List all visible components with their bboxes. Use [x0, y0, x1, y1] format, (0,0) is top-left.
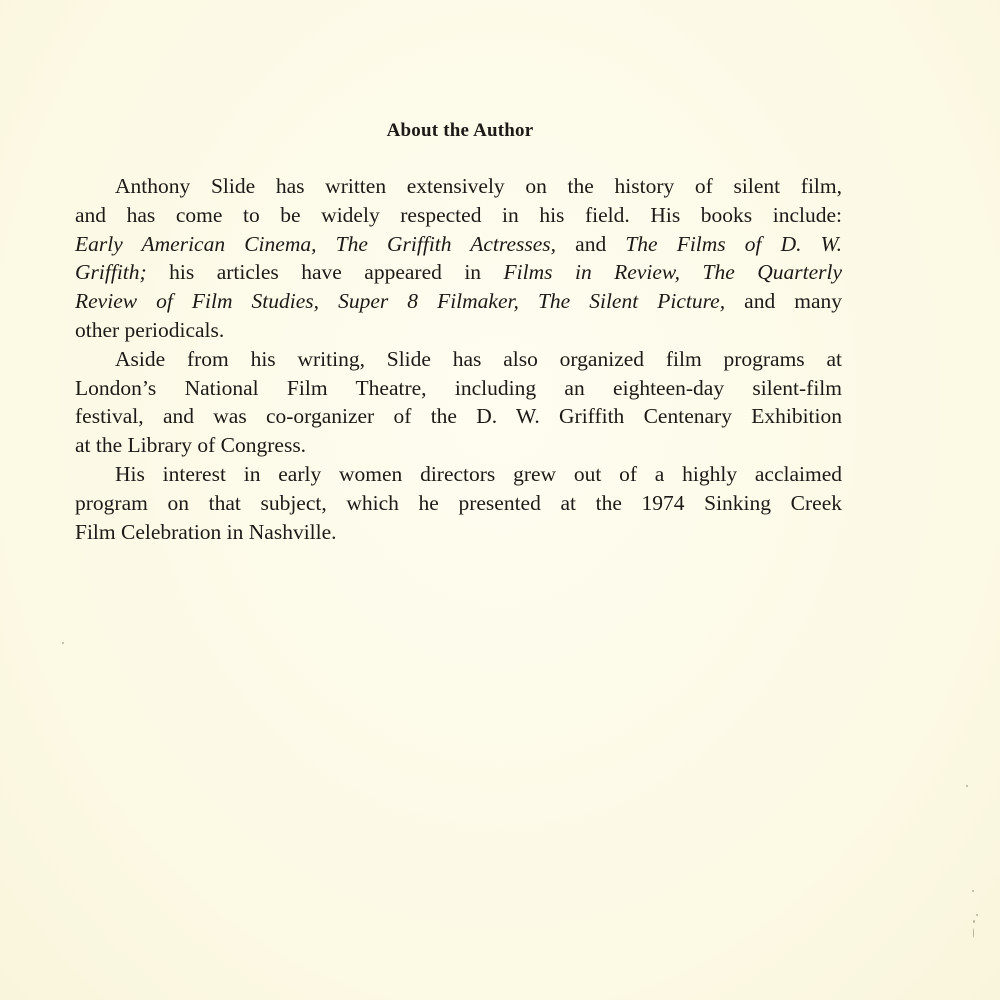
- text-line: Aside from his writing, Slide has also o…: [75, 345, 842, 374]
- periodical-title: The Silent Picture,: [538, 289, 725, 313]
- periodical-title: Super 8 Filmaker,: [338, 289, 519, 313]
- periodical-title: Review of Film Studies,: [75, 289, 319, 313]
- paper-speck: [966, 785, 968, 787]
- paragraph-women-directors: His interest in early women directors gr…: [75, 460, 842, 546]
- text-line: festival, and was co-organizer of the D.…: [75, 402, 842, 431]
- section-title: About the Author: [0, 120, 920, 142]
- paper-speck: [62, 642, 64, 644]
- paper-speck: [973, 920, 975, 923]
- text-line: Griffith; his articles have appeared in …: [75, 258, 842, 287]
- text-line: and has come to be widely respected in h…: [75, 201, 842, 230]
- book-title: Griffith;: [75, 260, 147, 284]
- text-line: Early American Cinema, The Griffith Actr…: [75, 230, 842, 259]
- paragraph-publications: Anthony Slide has written extensively on…: [75, 172, 842, 345]
- book-title: The Griffith Actresses,: [336, 232, 556, 256]
- periodical-title: The Quarterly: [702, 260, 842, 284]
- paper-speck: [976, 914, 978, 916]
- periodical-title: Films in Review,: [504, 260, 680, 284]
- paragraph-programs: Aside from his writing, Slide has also o…: [75, 345, 842, 460]
- author-bio: Anthony Slide has written extensively on…: [75, 172, 842, 546]
- book-page: About the Author Anthony Slide has writt…: [0, 0, 1000, 1000]
- text-line: at the Library of Congress.: [75, 431, 842, 460]
- paper-speck: [972, 890, 974, 892]
- text-line: London’s National Film Theatre, includin…: [75, 374, 842, 403]
- paper-speck: [973, 928, 974, 938]
- book-title: Early American Cinema,: [75, 232, 316, 256]
- text-line: Anthony Slide has written extensively on…: [75, 172, 842, 201]
- text-line: Review of Film Studies, Super 8 Filmaker…: [75, 287, 842, 316]
- book-title: The Films of D. W.: [625, 232, 842, 256]
- text-line: Film Celebration in Nashville.: [75, 518, 842, 547]
- text-line: other periodicals.: [75, 316, 842, 345]
- text-line: program on that subject, which he presen…: [75, 489, 842, 518]
- text-line: His interest in early women directors gr…: [75, 460, 842, 489]
